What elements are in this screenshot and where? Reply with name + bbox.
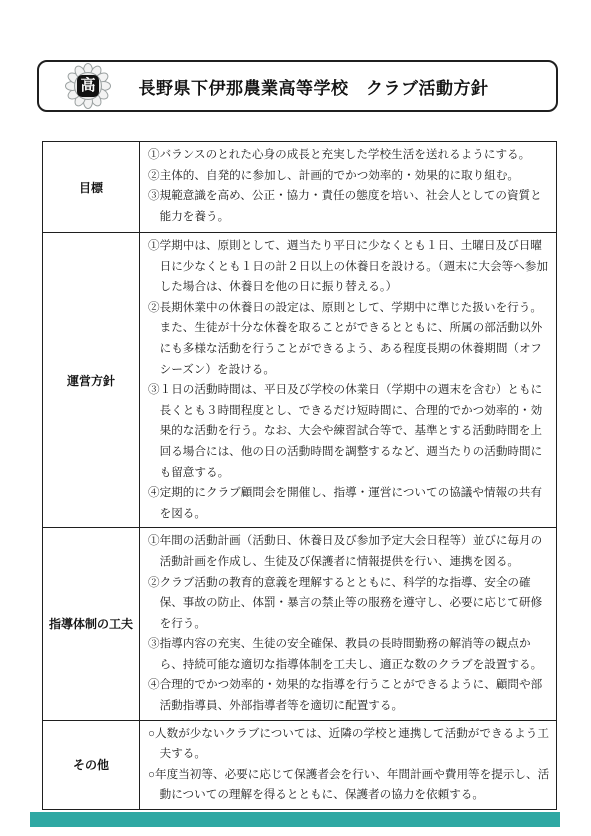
school-crest-icon: 高: [65, 63, 111, 109]
row-content-policy: ①学期中は、原則として、週当たり平日に少なくとも１日、土曜日及び日曜日に少なくと…: [140, 233, 557, 528]
row-content-other: ○人数が少ないクラブについては、近隣の学校と連携して活動ができるよう工夫する。 …: [140, 720, 557, 809]
policy-item: ①年間の活動計画（活動日、休養日及び参加予定大会日程等）並びに毎月の活動計画を作…: [148, 531, 550, 572]
table-row-guidance: 指導体制の工夫 ①年間の活動計画（活動日、休養日及び参加予定大会日程等）並びに毎…: [43, 528, 557, 720]
table-row-goal: 目標 ①バランスのとれた心身の成長と充実した学校生活を送れるようにする。 ②主体…: [43, 142, 557, 233]
row-content-guidance: ①年間の活動計画（活動日、休養日及び参加予定大会日程等）並びに毎月の活動計画を作…: [140, 528, 557, 720]
policy-item: ①バランスのとれた心身の成長と充実した学校生活を送れるようにする。: [148, 145, 550, 166]
policy-item: ④合理的でかつ効率的・効果的な指導を行うことができるように、顧問や部活動指導員、…: [148, 675, 550, 716]
policy-item: ③規範意識を高め、公正・協力・責任の態度を培い、社会人としての資質と能力を養う。: [148, 186, 550, 227]
policy-item: ○年度当初等、必要に応じて保護者会を行い、年間計画や費用等を提示し、活動について…: [148, 765, 550, 806]
page-title: 長野県下伊那農業高等学校 クラブ活動方針: [111, 74, 556, 99]
document-header: 高 長野県下伊那農業高等学校 クラブ活動方針: [37, 60, 558, 112]
crest-kanji: 高: [77, 75, 99, 97]
policy-item: ①学期中は、原則として、週当たり平日に少なくとも１日、土曜日及び日曜日に少なくと…: [148, 236, 550, 298]
row-label-other: その他: [43, 720, 140, 809]
policy-item: ②クラブ活動の教育的意義を理解するとともに、科学的な指導、安全の確保、事故の防止…: [148, 573, 550, 635]
table-row-policy: 運営方針 ①学期中は、原則として、週当たり平日に少なくとも１日、土曜日及び日曜日…: [43, 233, 557, 528]
row-label-goal: 目標: [43, 142, 140, 233]
footer-accent-bar: [30, 812, 560, 827]
policy-item: ④定期的にクラブ顧問会を開催し、指導・運営についての協議や情報の共有を図る。: [148, 483, 550, 524]
document-page: 高 長野県下伊那農業高等学校 クラブ活動方針 目標 ①バランスのとれた心身の成長…: [0, 0, 591, 836]
policy-item: ②長期休業中の休養日の設定は、原則として、学期中に準じた扱いを行う。また、生徒が…: [148, 298, 550, 380]
policy-item: ③１日の活動時間は、平日及び学校の休業日（学期中の週末を含む）ともに長くとも３時…: [148, 380, 550, 483]
table-row-other: その他 ○人数が少ないクラブについては、近隣の学校と連携して活動ができるよう工夫…: [43, 720, 557, 809]
policy-item: ③指導内容の充実、生徒の安全確保、教員の長時間勤務の解消等の観点から、持続可能な…: [148, 634, 550, 675]
row-label-guidance: 指導体制の工夫: [43, 528, 140, 720]
policy-table: 目標 ①バランスのとれた心身の成長と充実した学校生活を送れるようにする。 ②主体…: [42, 141, 557, 810]
row-label-policy: 運営方針: [43, 233, 140, 528]
policy-item: ○人数が少ないクラブについては、近隣の学校と連携して活動ができるよう工夫する。: [148, 724, 550, 765]
policy-item: ②主体的、自発的に参加し、計画的でかつ効率的・効果的に取り組む。: [148, 166, 550, 187]
row-content-goal: ①バランスのとれた心身の成長と充実した学校生活を送れるようにする。 ②主体的、自…: [140, 142, 557, 233]
